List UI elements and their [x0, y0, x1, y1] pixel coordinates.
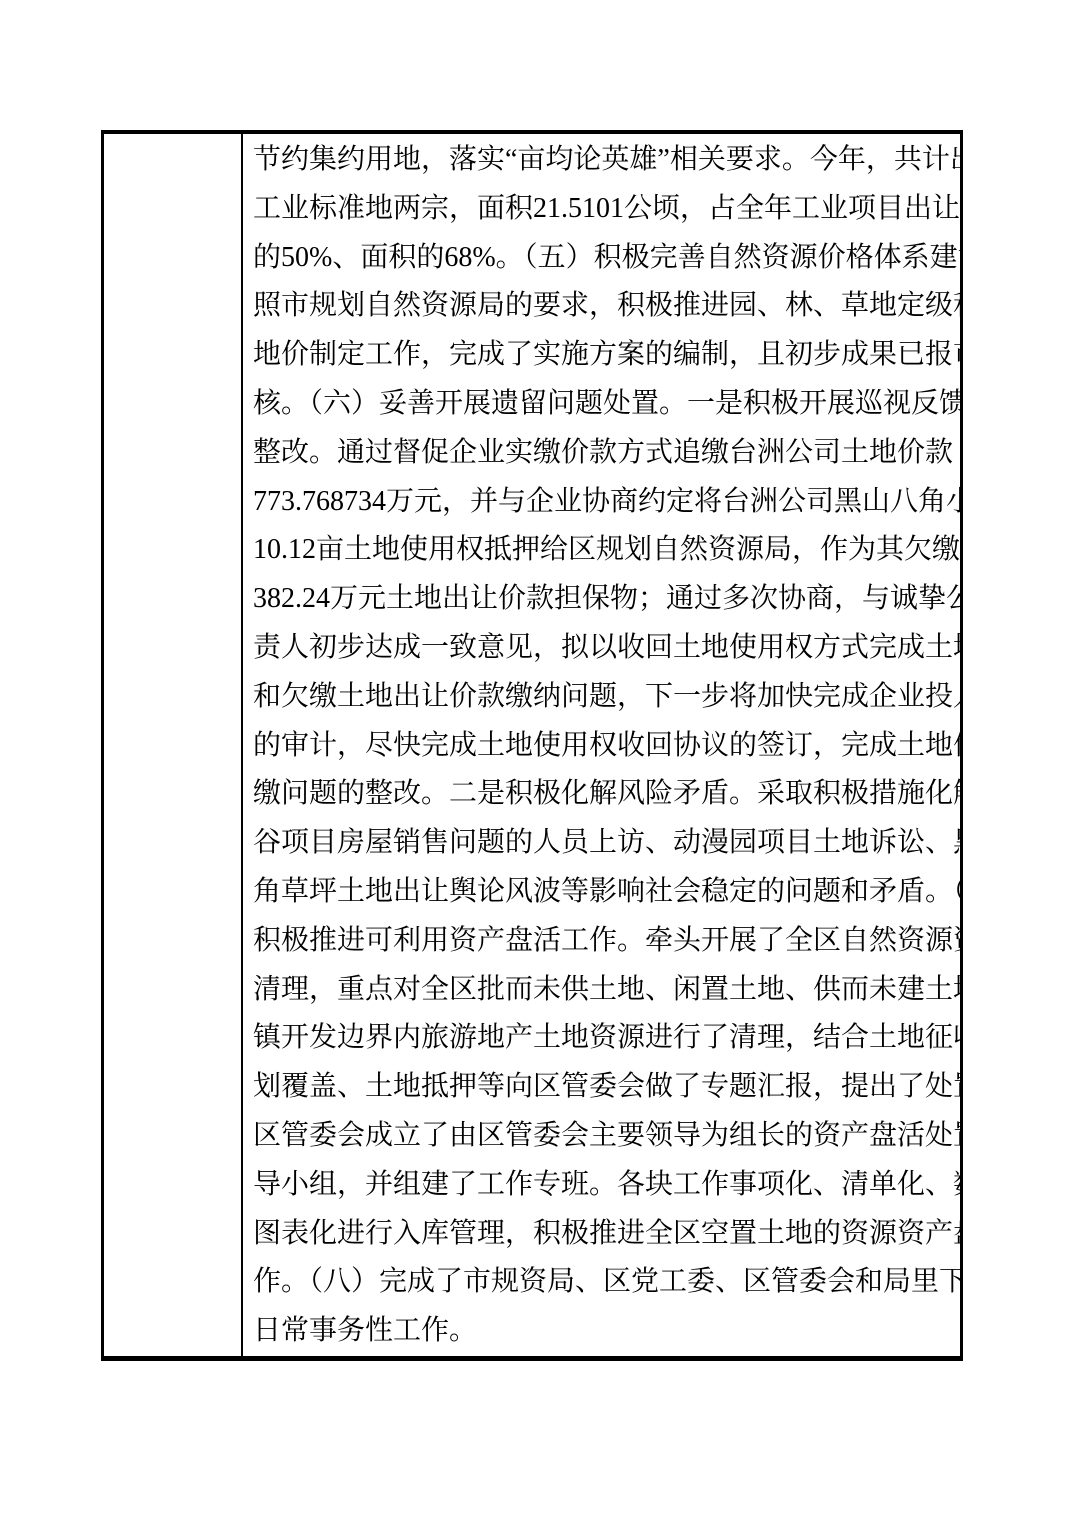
- content-line: 10.12亩土地使用权抵押给区规划自然资源局，作为其欠缴的: [253, 526, 951, 575]
- content-line: 清理，重点对全区批而未供土地、闲置土地、供而未建土地和城: [253, 966, 951, 1015]
- content-line: 日常事务性工作。: [253, 1307, 951, 1356]
- report-table: 节约集约用地，落实“亩均论英雄”相关要求。今年，共计出让 工业标准地两宗，面积2…: [101, 130, 963, 1361]
- content-line: 积极推进可利用资产盘活工作。牵头开展了全区自然资源资产的: [253, 917, 951, 966]
- content-line: 核。（六）妥善开展遗留问题处置。一是积极开展巡视反馈问题: [253, 380, 951, 429]
- content-line: 镇开发边界内旅游地产土地资源进行了清理，结合土地征收、规: [253, 1014, 951, 1063]
- content-line: 的50%、面积的68%。（五）积极完善自然资源价格体系建设。按: [253, 234, 951, 283]
- content-line: 区管委会成立了由区管委会主要领导为组长的资产盘活处置领: [253, 1112, 951, 1161]
- content-line: 责人初步达成一致意见，拟以收回土地使用权方式完成土地交付: [253, 624, 951, 673]
- content-line: 导小组，并组建了工作专班。各块工作事项化、清单化、数字化、: [253, 1161, 951, 1210]
- content-line: 角草坪土地出让舆论风波等影响社会稳定的问题和矛盾。（七）: [253, 868, 951, 917]
- report-content-cell: 节约集约用地，落实“亩均论英雄”相关要求。今年，共计出让 工业标准地两宗，面积2…: [243, 134, 960, 1356]
- content-line: 地价制定工作，完成了实施方案的编制，且初步成果已报市局审: [253, 331, 951, 380]
- content-line: 节约集约用地，落实“亩均论英雄”相关要求。今年，共计出让: [253, 136, 951, 185]
- content-line: 谷项目房屋销售问题的人员上访、动漫园项目土地诉讼、黑山八: [253, 819, 951, 868]
- content-line: 382.24万元土地出让价款担保物；通过多次协商，与诚挚公司负: [253, 575, 951, 624]
- empty-label-cell: [104, 134, 243, 1356]
- content-line: 缴问题的整改。二是积极化解风险矛盾。采取积极措施化解天籁: [253, 770, 951, 819]
- content-line: 照市规划自然资源局的要求，积极推进园、林、草地定级和基准: [253, 282, 951, 331]
- content-line: 作。（八）完成了市规资局、区党工委、区管委会和局里下达的: [253, 1258, 951, 1307]
- content-line: 划覆盖、土地抵押等向区管委会做了专题汇报，提出了处置建议。: [253, 1063, 951, 1112]
- content-line: 整改。通过督促企业实缴价款方式追缴台洲公司土地价款: [253, 429, 951, 478]
- content-line: 的审计，尽快完成土地使用权收回协议的签订，完成土地价款欠: [253, 722, 951, 771]
- content-line: 773.768734万元，并与企业协商约定将台洲公司黑山八角小城: [253, 478, 951, 527]
- document-page: 节约集约用地，落实“亩均论英雄”相关要求。今年，共计出让 工业标准地两宗，面积2…: [0, 0, 1074, 1520]
- content-line: 工业标准地两宗，面积21.5101公顷，占全年工业项目出让数量: [253, 185, 951, 234]
- content-line: 和欠缴土地出让价款缴纳问题，下一步将加快完成企业投入费用: [253, 673, 951, 722]
- content-line: 图表化进行入库管理，积极推进全区空置土地的资源资产盘活工: [253, 1210, 951, 1259]
